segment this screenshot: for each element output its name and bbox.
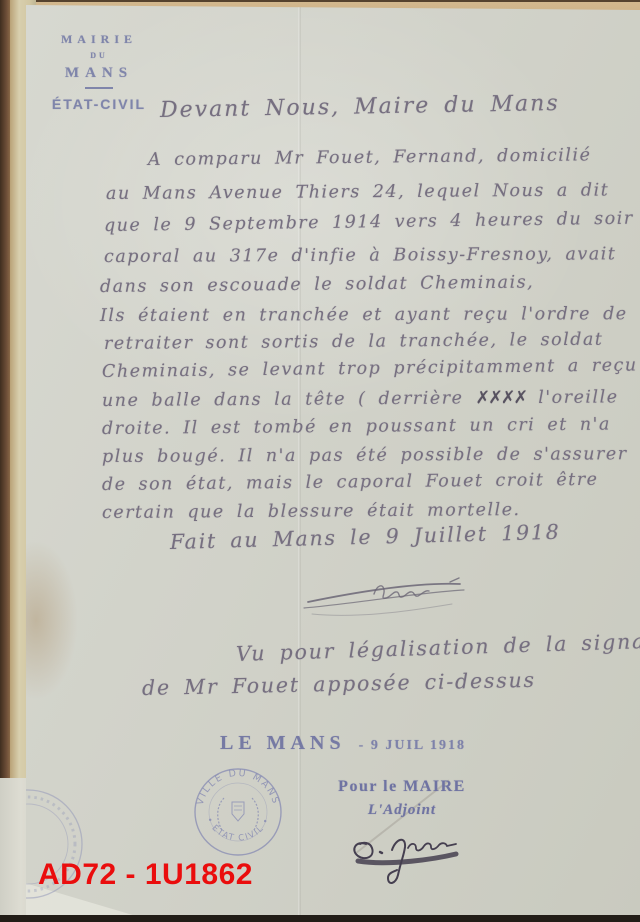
manuscript-line: droite. Il est tombé en poussant un cri … bbox=[102, 415, 611, 439]
adjoint-label: L'Adjoint bbox=[312, 802, 492, 819]
fouet-signature bbox=[302, 564, 467, 619]
paper-stain bbox=[26, 540, 78, 700]
municipal-seal: VILLE DU MANS • ÉTAT CIVIL • bbox=[192, 766, 284, 858]
adjoint-signature bbox=[340, 824, 470, 890]
manuscript-line: certain que la blessure était mortelle. bbox=[102, 500, 521, 523]
struck-word: ✗✗✗✗ bbox=[475, 388, 526, 408]
manuscript-line: Cheminais, se levant trop précipitamment… bbox=[102, 355, 638, 382]
stamp-line-mans: MANS bbox=[44, 65, 154, 82]
pour-le-maire-label: Pour le MAIRE bbox=[312, 778, 492, 796]
manuscript-line: Ils étaient en tranchée et ayant reçu l'… bbox=[100, 304, 628, 326]
seal-bottom-text: • ÉTAT CIVIL • bbox=[204, 816, 273, 844]
manuscript-line-with-strikeout: une balle dans la tête ( derrière ✗✗✗✗ l… bbox=[102, 387, 619, 411]
manuscript-line: dans son escouade le soldat Cheminais, bbox=[100, 272, 534, 297]
mairie-corner-stamp: MAIRIE DU MANS ÉTAT-CIVIL bbox=[44, 32, 154, 112]
date-stamp: LE MANS - 9 JUIL 1918 bbox=[220, 732, 466, 755]
manuscript-heading: Devant Nous, Maire du Mans bbox=[160, 91, 560, 123]
date-stamp-city: LE MANS bbox=[220, 732, 346, 754]
manuscript-line: plus bougé. Il n'a pas été possible de s… bbox=[102, 444, 628, 467]
stamp-line-du: DU bbox=[44, 51, 154, 60]
stamp-line-etat-civil: ÉTAT-CIVIL bbox=[44, 96, 154, 112]
legalisation-line: Vu pour légalisation de la signature bbox=[236, 628, 640, 666]
svg-text:• ÉTAT CIVIL •: • ÉTAT CIVIL • bbox=[204, 816, 273, 844]
authority-stamp: Pour le MAIRE L'Adjoint bbox=[312, 778, 492, 819]
archive-label: AD72 - 1U1862 bbox=[38, 858, 253, 892]
manuscript-line: que le 9 Septembre 1914 vers 4 heures du… bbox=[104, 208, 640, 236]
manuscript-dateline: Fait au Mans le 9 Juillet 1918 bbox=[170, 520, 561, 554]
manuscript-line: caporal au 317e d'infie à Boissy-Fresnoy… bbox=[104, 244, 616, 267]
svg-text:VILLE DU MANS: VILLE DU MANS bbox=[195, 768, 282, 807]
legalisation-line: de Mr Fouet apposée ci-dessus bbox=[142, 668, 536, 700]
manuscript-line: A comparu Mr Fouet, Fernand, domicilié bbox=[148, 145, 592, 170]
manuscript-line: retraiter sont sortis de la tranchée, le… bbox=[104, 330, 604, 354]
struck-line-post: l'oreille bbox=[526, 387, 619, 408]
struck-line-pre: une balle dans la tête ( derrière bbox=[102, 388, 476, 411]
seal-top-text: VILLE DU MANS bbox=[195, 768, 282, 807]
scan-bottom-edge bbox=[0, 915, 640, 922]
archival-document-photo: MAIRIE DU MANS ÉTAT-CIVIL Devant Nous, M… bbox=[0, 0, 640, 922]
date-stamp-date: - 9 JUIL 1918 bbox=[359, 738, 466, 753]
manuscript-line: au Mans Avenue Thiers 24, lequel Nous a … bbox=[106, 180, 609, 204]
document-page: MAIRIE DU MANS ÉTAT-CIVIL Devant Nous, M… bbox=[26, 0, 640, 922]
stamp-divider bbox=[85, 87, 113, 89]
stamp-line-mairie: MAIRIE bbox=[44, 32, 154, 47]
manuscript-line: de son état, mais le caporal Fouet croit… bbox=[102, 470, 599, 495]
